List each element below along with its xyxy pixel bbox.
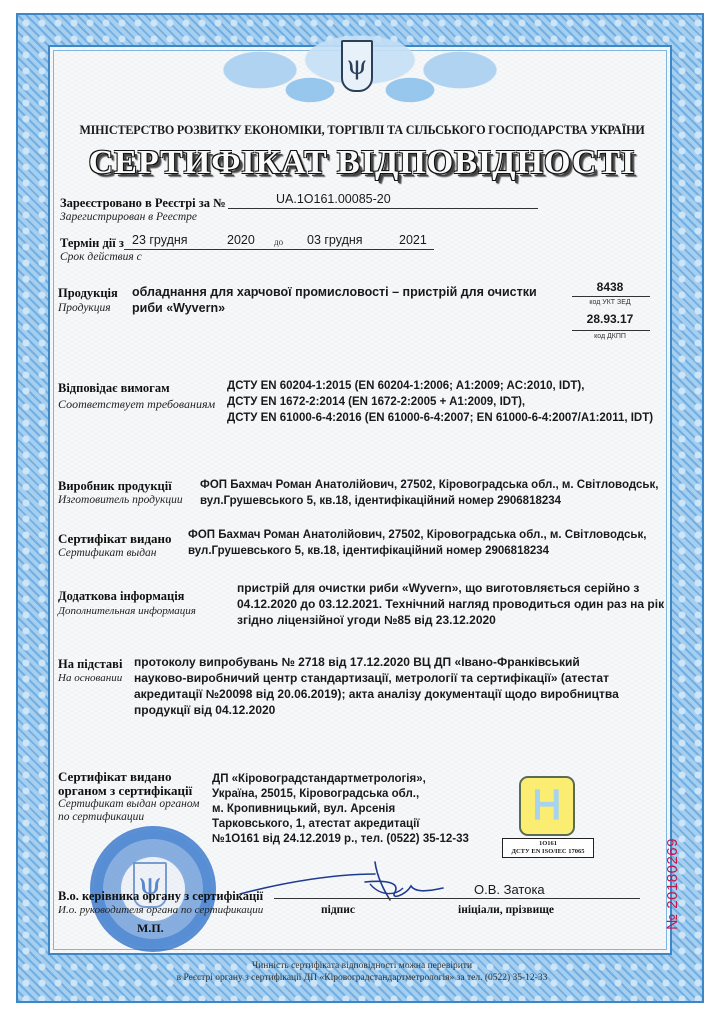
valid-to-year: 2021: [399, 232, 427, 248]
code-dkpp-label: код ДКПП: [570, 333, 650, 340]
manufacturer-line-2: вул.Грушевського 5, кв.18, ідентифікацій…: [200, 493, 561, 509]
additional-line-1: пристрій для очистки риби «Wyvern», що в…: [237, 580, 639, 596]
basis-line-3: акредитації №20098 від 20.06.2019); акта…: [134, 686, 619, 702]
valid-from-date: 23 грудня: [132, 232, 188, 248]
basis-line-4: продукції від 04.12.2020: [134, 702, 275, 718]
cert-body-label-ru-1: Сертификат выдан органом: [58, 798, 199, 810]
manufacturer-label-ru: Изготовитель продукции: [58, 494, 183, 506]
issued-to-line-1: ФОП Бахмач Роман Анатолійович, 27502, Кі…: [188, 527, 646, 543]
code-dkpp: 28.93.17: [570, 312, 650, 326]
validity-label: Термін дії з: [60, 236, 124, 251]
code-ukt-zed: 8438: [570, 280, 650, 294]
accreditation-number: 1O161: [503, 840, 593, 848]
signature-caption: підпис: [321, 904, 355, 916]
signature-underline: [274, 898, 640, 899]
footer-verification-line-1: Чинність сертифіката відповідності можна…: [0, 961, 724, 971]
cert-body-line-2: Україна, 25015, Кіровоградська обл.,: [212, 787, 419, 802]
cert-body-line-5: №1O161 від 24.12.2019 р., тел. (0522) 35…: [212, 832, 469, 847]
registry-number: UA.1O161.00085-20: [276, 191, 391, 207]
product-label-ru: Продукция: [58, 302, 111, 314]
manufacturer-label: Виробник продукції: [58, 479, 172, 494]
basis-line-2: науково-виробничий центр стандартизації,…: [134, 670, 609, 686]
product-line-1: обладнання для харчової промисловості – …: [132, 284, 537, 300]
additional-info-label: Додаткова інформація: [58, 589, 184, 604]
validity-label-ru: Срок действия с: [60, 251, 142, 263]
registry-label: Зареєстровано в Реєстрі за №: [60, 196, 226, 211]
accreditation-logo-icon: Ꮋ: [519, 776, 575, 836]
signatory-role: В.о. керівника органу з сертифікації: [58, 889, 263, 904]
requirement-line-2: ДСТУ EN 1672-2:2014 (EN 1672-2:2005 + A1…: [227, 394, 525, 410]
certificate-title: СЕРТИФІКАТ ВІДПОВІДНОСТІ: [0, 144, 724, 182]
cert-body-line-1: ДП «Кіровоградстандартметрологія»,: [212, 772, 426, 787]
registry-label-ru: Зарегистрирован в Реестре: [60, 211, 197, 223]
additional-line-2: 04.12.2020 до 03.12.2021. Технічний нагл…: [237, 596, 664, 612]
issued-to-line-2: вул.Грушевського 5, кв.18, ідентифікацій…: [188, 543, 549, 559]
code-ukt-zed-label: код УКТ ЗЕД: [570, 299, 650, 306]
accreditation-badge: 1O161 ДСТУ EN ISO/IEC 17065: [502, 838, 594, 858]
name-caption: ініціали, прізвище: [458, 904, 554, 916]
validity-to-label: до: [274, 237, 283, 247]
issued-to-label: Сертифікат видано: [58, 531, 172, 547]
valid-from-year: 2020: [227, 232, 255, 248]
basis-label: На підставі: [58, 657, 122, 672]
cert-body-line-3: м. Кропивницький, вул. Арсенія: [212, 802, 395, 817]
requirements-label-ru: Соответствует требованиям: [58, 397, 215, 412]
cert-body-line-4: Тарковського, 1, атестат акредитації: [212, 817, 420, 832]
manufacturer-line-1: ФОП Бахмач Роман Анатолійович, 27502, Кі…: [200, 477, 658, 493]
registry-underline: [228, 208, 538, 209]
serial-number: № 20180269: [664, 838, 681, 930]
code-ukt-underline: [572, 296, 650, 297]
signatory-name: О.В. Затока: [474, 882, 545, 898]
product-line-2: риби «Wyvern»: [132, 300, 225, 316]
additional-info-label-ru: Дополнительная информация: [58, 605, 196, 617]
additional-line-3: згідно ліцензійної угоди №85 від 23.12.2…: [237, 612, 496, 628]
requirements-label: Відповідає вимогам: [58, 381, 170, 396]
issued-to-label-ru: Сертификат выдан: [58, 547, 157, 559]
accreditation-standard: ДСТУ EN ISO/IEC 17065: [503, 848, 593, 856]
handwritten-signature: [235, 852, 445, 912]
valid-to-date: 03 грудня: [307, 232, 363, 248]
basis-line-1: протоколу випробувань № 2718 від 17.12.2…: [134, 654, 580, 670]
requirement-line-3: ДСТУ EN 61000-6-4:2016 (EN 61000-6-4:200…: [227, 410, 653, 426]
basis-label-ru: На основании: [58, 672, 122, 684]
code-dkpp-underline: [572, 330, 650, 331]
cert-body-label-2: органом з сертифікації: [58, 783, 192, 799]
signatory-role-ru: И.о. руководителя органа по сертификации: [58, 904, 263, 916]
coat-of-arms-icon: ψ: [341, 40, 373, 92]
footer-verification-line-2: в Реєстрі органу з сертифікації ДП «Кіро…: [0, 973, 724, 983]
seal-label: М.П.: [137, 921, 164, 936]
validity-underline: [124, 249, 434, 250]
requirement-line-1: ДСТУ EN 60204-1:2015 (EN 60204-1:2006; A…: [227, 378, 584, 394]
ministry-name: МІНІСТЕРСТВО РОЗВИТКУ ЕКОНОМІКИ, ТОРГІВЛ…: [25, 122, 698, 138]
cert-body-label-ru-2: по сертификации: [58, 811, 144, 823]
product-label: Продукція: [58, 286, 118, 301]
